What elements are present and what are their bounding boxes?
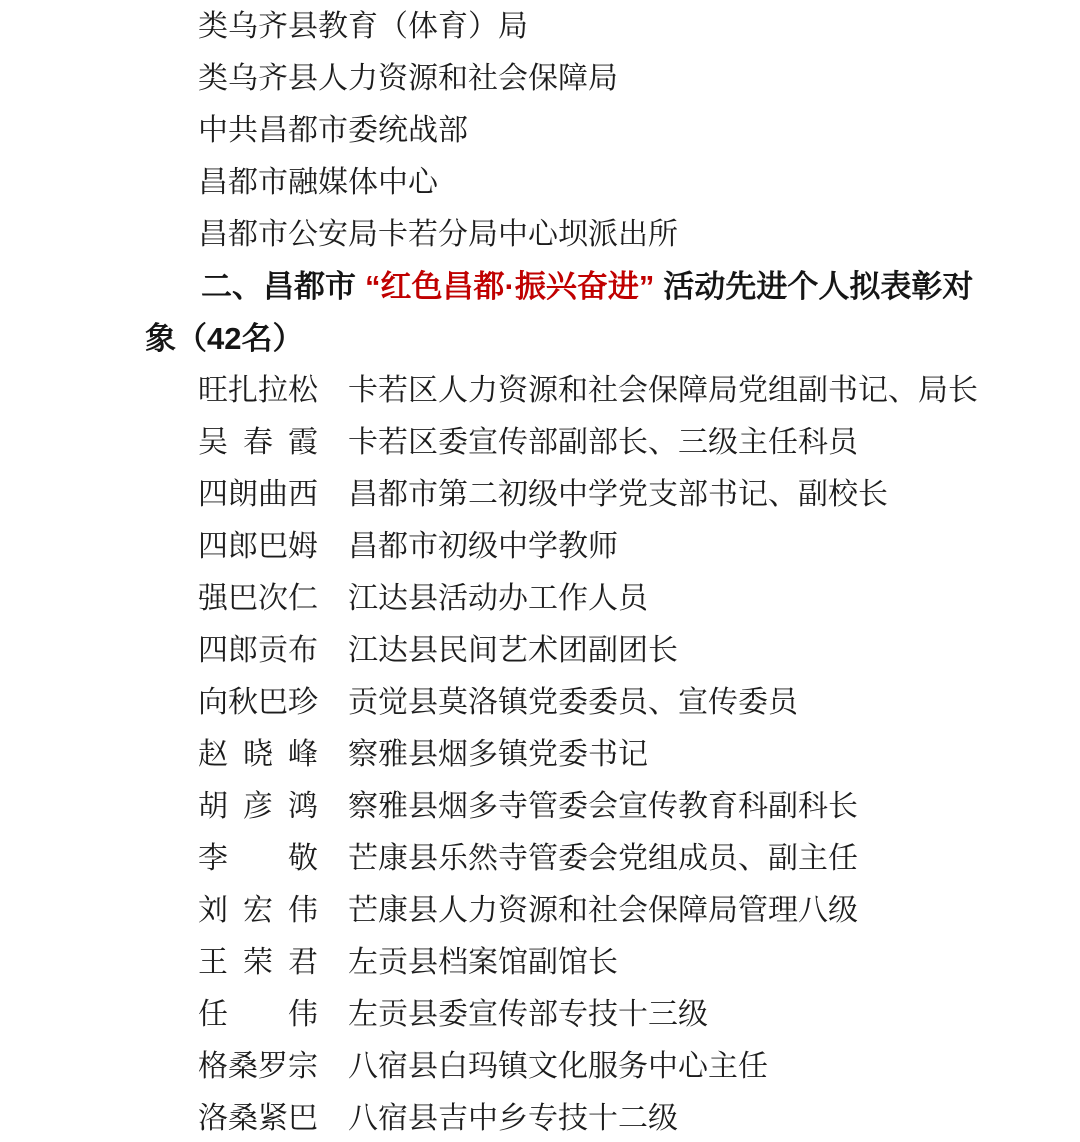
- person-name: 吴春霞: [198, 417, 318, 469]
- individual-row: 四郎贡布 江达县民间艺术团副团长: [145, 625, 1020, 677]
- organization-item: 中共昌都市委统战部: [145, 105, 1020, 157]
- individual-row: 旺扎拉松 卡若区人力资源和社会保障局党组副书记、局长: [145, 365, 1020, 417]
- document-content: 类乌齐县教育（体育）局 类乌齐县人力资源和社会保障局 中共昌都市委统战部 昌都市…: [0, 0, 1080, 1142]
- person-name: 任伟: [198, 989, 318, 1041]
- person-name: 四朗曲西: [198, 469, 318, 521]
- individual-row: 李敬 芒康县乐然寺管委会党组成员、副主任: [145, 833, 1020, 885]
- individual-row: 吴春霞 卡若区委宣传部副部长、三级主任科员: [145, 417, 1020, 469]
- individual-row: 胡彦鸿 察雅县烟多寺管委会宣传教育科副科长: [145, 781, 1020, 833]
- heading-red-activity-name: “红色昌都·振兴奋进”: [365, 269, 654, 304]
- organization-item: 昌都市融媒体中心: [145, 157, 1020, 209]
- individual-row: 刘宏伟 芒康县人力资源和社会保障局管理八级: [145, 885, 1020, 937]
- person-position: 左贡县委宣传部专技十三级: [348, 989, 708, 1041]
- person-name: 四郎巴姆: [198, 521, 318, 573]
- person-position: 昌都市第二初级中学党支部书记、副校长: [348, 469, 888, 521]
- section-heading-line1: 二、昌都市“红色昌都·振兴奋进”活动先进个人拟表彰对: [145, 261, 1020, 313]
- person-position: 八宿县吉中乡专技十二级: [348, 1093, 678, 1142]
- individual-list: 旺扎拉松 卡若区人力资源和社会保障局党组副书记、局长 吴春霞 卡若区委宣传部副部…: [145, 365, 1020, 1142]
- person-position: 江达县民间艺术团副团长: [348, 625, 678, 677]
- individual-row: 四郎巴姆 昌都市初级中学教师: [145, 521, 1020, 573]
- person-position: 察雅县烟多镇党委书记: [348, 729, 648, 781]
- individual-row: 格桑罗宗 八宿县白玛镇文化服务中心主任: [145, 1041, 1020, 1093]
- person-position: 芒康县乐然寺管委会党组成员、副主任: [348, 833, 858, 885]
- individual-row: 洛桑紧巴 八宿县吉中乡专技十二级: [145, 1093, 1020, 1142]
- organization-item: 类乌齐县人力资源和社会保障局: [145, 53, 1020, 105]
- person-position: 江达县活动办工作人员: [348, 573, 648, 625]
- person-position: 卡若区委宣传部副部长、三级主任科员: [348, 417, 858, 469]
- individual-row: 向秋巴珍 贡觉县莫洛镇党委委员、宣传委员: [145, 677, 1020, 729]
- heading-prefix: 二、昌都市: [201, 269, 356, 304]
- person-name: 格桑罗宗: [198, 1041, 318, 1093]
- person-name: 旺扎拉松: [198, 365, 318, 417]
- person-name: 刘宏伟: [198, 885, 318, 937]
- person-position: 昌都市初级中学教师: [348, 521, 618, 573]
- heading-suffix: 活动先进个人拟表彰对: [663, 269, 973, 304]
- person-name: 李敬: [198, 833, 318, 885]
- person-position: 卡若区人力资源和社会保障局党组副书记、局长: [348, 365, 978, 417]
- person-name: 强巴次仁: [198, 573, 318, 625]
- person-name: 王荣君: [198, 937, 318, 989]
- person-name: 四郎贡布: [198, 625, 318, 677]
- person-position: 八宿县白玛镇文化服务中心主任: [348, 1041, 768, 1093]
- organization-item: 类乌齐县教育（体育）局: [145, 1, 1020, 53]
- individual-row: 赵晓峰 察雅县烟多镇党委书记: [145, 729, 1020, 781]
- section-heading-line2: 象（42名）: [145, 313, 1020, 365]
- person-name: 胡彦鸿: [198, 781, 318, 833]
- section-heading: 二、昌都市“红色昌都·振兴奋进”活动先进个人拟表彰对 象（42名）: [145, 261, 1020, 365]
- individual-row: 任伟 左贡县委宣传部专技十三级: [145, 989, 1020, 1041]
- person-position: 左贡县档案馆副馆长: [348, 937, 618, 989]
- person-name: 向秋巴珍: [198, 677, 318, 729]
- person-position: 贡觉县莫洛镇党委委员、宣传委员: [348, 677, 798, 729]
- document-page: 类乌齐县教育（体育）局 类乌齐县人力资源和社会保障局 中共昌都市委统战部 昌都市…: [0, 0, 1080, 1142]
- individual-row: 强巴次仁 江达县活动办工作人员: [145, 573, 1020, 625]
- person-position: 察雅县烟多寺管委会宣传教育科副科长: [348, 781, 858, 833]
- organization-item: 昌都市公安局卡若分局中心坝派出所: [145, 209, 1020, 261]
- person-name: 赵晓峰: [198, 729, 318, 781]
- person-name: 洛桑紧巴: [198, 1093, 318, 1142]
- individual-row: 四朗曲西 昌都市第二初级中学党支部书记、副校长: [145, 469, 1020, 521]
- individual-row: 王荣君 左贡县档案馆副馆长: [145, 937, 1020, 989]
- organization-list: 类乌齐县教育（体育）局 类乌齐县人力资源和社会保障局 中共昌都市委统战部 昌都市…: [145, 1, 1020, 261]
- person-position: 芒康县人力资源和社会保障局管理八级: [348, 885, 858, 937]
